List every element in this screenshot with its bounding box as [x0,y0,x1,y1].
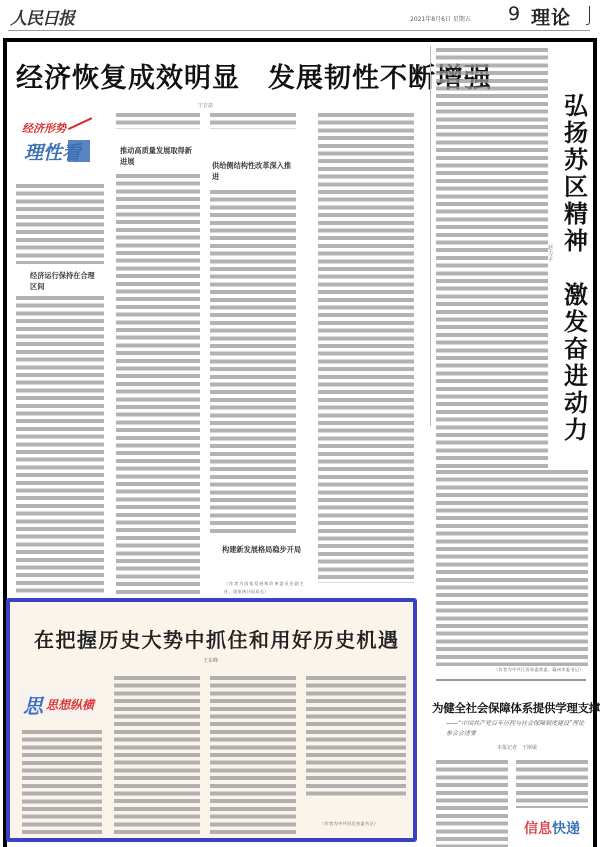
news-brief-text-col1 [436,760,508,847]
news-brief-headline[interactable]: 为健全社会保障体系提供学理支撑 [432,700,600,716]
label-blue-part: 快递 [552,821,580,837]
newspaper-logo: 人民日报 [10,4,74,29]
column-badge-thought: 思 思想纵横 [20,688,96,718]
news-brief-byline: 本报记者 王斯敏 [497,744,537,751]
top-article-text-col4 [318,113,414,583]
right-article-byline: 赵力平 [548,245,556,263]
column-divider [430,46,431,426]
right-headline-part2: 激发奋进动力 [564,280,588,444]
top-article-subhead-1: 经济运行保持在合理区间 [30,270,100,292]
featured-article-footnote: （作者为中共河北省委书记） [320,820,410,828]
trend-arrow-icon [68,117,98,142]
featured-text-col2 [114,676,200,834]
issue-date: 2021年8月6日 星期五 [410,14,471,23]
featured-article-headline[interactable]: 在把握历史大势中抓住和用好历史机遇 [34,624,400,653]
top-article-text-col1b [16,296,104,594]
top-article-subhead-3: 供给侧结构性改革深入推进 [212,160,292,182]
section-bracket-icon [586,6,590,25]
section-separator [436,679,586,681]
top-article-headline[interactable]: 经济恢复成效明显 发展韧性不断增强 [16,56,492,95]
top-article-text-col1a [16,184,104,264]
label-red-part: 信息 [524,821,552,837]
right-article-text-col-upper [436,48,548,468]
top-article-text-col3b [210,190,296,536]
top-article-subhead-2: 推动高质量发展取得新进展 [120,145,196,167]
featured-text-col4 [306,676,406,796]
badge-glyph: 思 [23,690,43,719]
right-article-headline[interactable]: 弘扬苏区精神 激发奋进动力 [564,92,590,443]
right-headline-part1: 弘扬苏区精神 [564,91,588,255]
top-article-text-col3a [210,113,296,129]
page-section-name: 理论 [531,3,571,30]
masthead: 人民日报 2021年8月6日 星期五 9 理论 [0,0,600,34]
featured-text-col1 [22,730,102,834]
featured-article-byline: 王东峰 [203,657,218,664]
featured-text-col3 [210,676,296,834]
top-article-subhead-4: 构建新发展格局稳步开局 [222,544,302,555]
badge-square-icon [68,140,90,162]
masthead-divider [8,30,590,31]
news-brief-section-label: 信息快递 [524,818,580,838]
right-article-footnote: （作者为中共江西省委常委、赣州市委书记） [494,666,590,674]
news-brief-text-col2 [516,760,588,808]
top-article-text-col2b [116,174,200,594]
badge-label-line1: 经济形势 [22,120,66,136]
page-number: 9 [508,3,520,25]
badge-label: 思想纵横 [46,696,94,713]
right-article-text-col-lower [436,470,588,666]
top-article-footnote: （作者为国家发展和改革委员会副主任、国家统计局局长） [224,580,304,595]
column-badge-economy: 经济形势 理性看 [18,118,94,176]
top-article-byline: 宁吉喆 [198,102,213,109]
news-brief-subheadline: ——“中国共产党百年历程与社会保障制度建设”理论参会会述要 [446,719,586,739]
top-article-text-col2a [116,113,200,129]
